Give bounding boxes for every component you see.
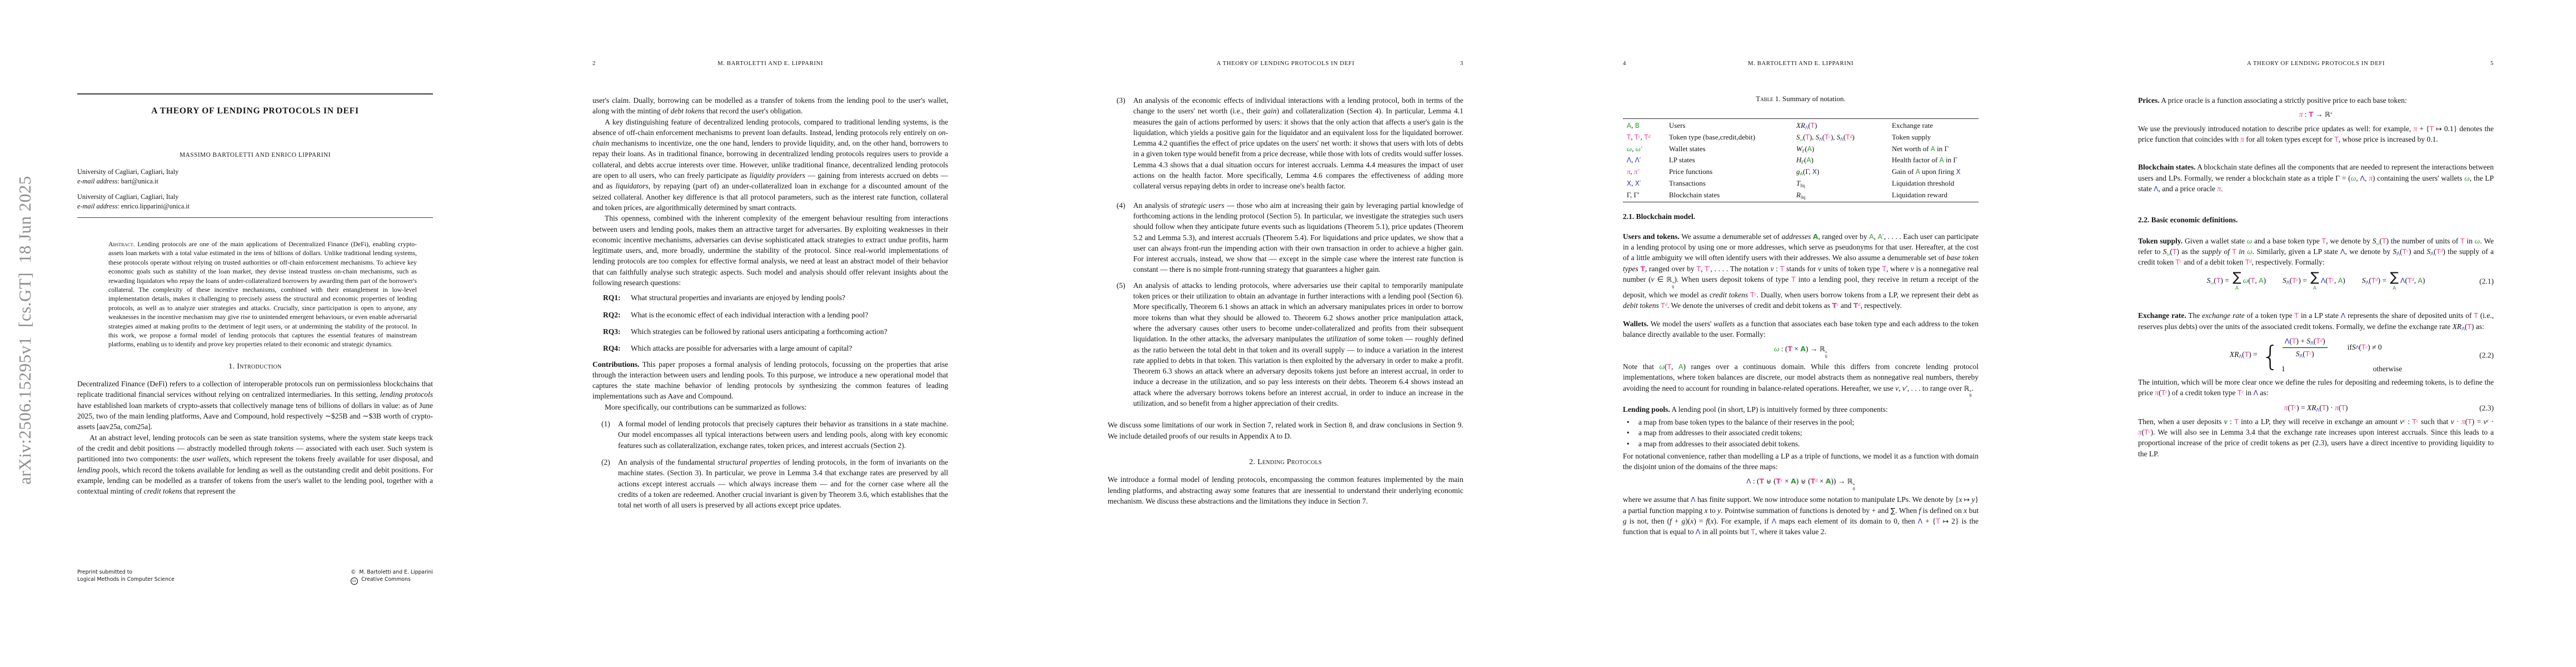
text-segment: supply of — [2202, 247, 2232, 256]
text-segment: Λ — [1627, 156, 1631, 164]
text-segment: π — [2240, 135, 2244, 143]
text-segment: Gain of — [1892, 167, 1916, 176]
item-2-body: An analysis of the fundamental structura… — [618, 457, 948, 510]
bullet-text: a map from addresses to their associated… — [1638, 439, 1979, 449]
rule-above-title — [77, 93, 433, 94]
text-segment: T — [1751, 527, 1755, 536]
footer-copyright-text: M. Bartoletti and E. Lipparini — [359, 569, 433, 575]
text-segment: 0 — [1970, 393, 1972, 398]
notation-desc: Exchange rate — [1892, 120, 1979, 132]
section-2-2-heading: 2.2. Basic economic definitions. — [2138, 215, 2494, 225]
page-1: arXiv:2506.15295v1 [cs.GT] 18 Jun 2025 A… — [0, 0, 515, 667]
text-segment: liq — [1800, 183, 1805, 188]
notation-symbol: Λ, Λ′ — [1627, 155, 1669, 166]
text-segment: T — [2467, 322, 2472, 331]
notation-symbol: Rliq — [1796, 190, 1892, 201]
text-segment: The — [2186, 311, 2202, 320]
stack-row: 0 — [1969, 394, 1971, 398]
text-segment: Given a wallet state — [2183, 237, 2247, 245]
text-segment: W — [1796, 145, 1802, 153]
text-segment: Contributions. — [592, 360, 639, 369]
equation-2-1-number: (2.1) — [2479, 277, 2494, 285]
text-segment: in — [2244, 389, 2253, 397]
notation-desc: Transactions — [1669, 178, 1796, 190]
text-segment: × — [1792, 345, 1800, 353]
text-segment: ) — [1812, 145, 1814, 153]
abstract: Abstract. Lending protocols are one of t… — [77, 240, 433, 349]
text-segment: A — [1869, 232, 1874, 241]
text-segment: +0 — [1852, 482, 1855, 491]
text-segment: 0 — [1672, 285, 1674, 290]
text-segment: We use the previously introduced notatio… — [2138, 125, 2413, 133]
text-segment: T — [2341, 404, 2345, 412]
bullet-text: a map from base token types to the balan… — [1638, 417, 1979, 427]
text-segment: Λ — [1746, 477, 1751, 485]
text-segment: π — [2462, 417, 2465, 426]
text-segment: A — [1826, 477, 1831, 485]
paragraph: user's claim. Dually, borrowing can be m… — [592, 95, 948, 117]
text-segment: R — [1796, 191, 1801, 199]
notation-desc: Liquidation threshold — [1892, 178, 1979, 190]
text-segment: e-mail address — [77, 177, 117, 185]
text-segment: ) + — [2296, 337, 2306, 345]
text-segment: A formal model of lending protocols that… — [618, 420, 948, 450]
text-segment: T — [1640, 265, 1645, 273]
text-segment: T — [1936, 517, 1940, 525]
notation-desc: Token type (base,credit,debit) — [1669, 132, 1796, 143]
text-segment: maps each element of its domain to 0, th… — [1776, 517, 1917, 525]
text-segment: Note that — [1623, 362, 1659, 371]
text-segment: , whose price is increased by 0.1. — [2339, 135, 2438, 143]
notation-desc: Gain of A upon firing X — [1892, 166, 1979, 178]
notation-symbol: X, X′ — [1627, 178, 1669, 190]
text-segment: , where it takes value 2. — [1755, 527, 1826, 536]
text-segment: ω — [2247, 237, 2253, 245]
text-segment: liquidators — [615, 182, 648, 190]
text-segment: in a LP state — [2299, 311, 2341, 320]
text-segment: ↦ — [1943, 517, 1949, 525]
footer-left: Preprint submitted to Logical Methods in… — [77, 569, 175, 585]
text-segment: A — [1807, 145, 1812, 153]
affiliation-2: University of Cagliari, Cagliari, Italy — [77, 192, 433, 202]
text-segment: T — [2322, 237, 2326, 245]
text-segment: in — [2465, 237, 2475, 245]
text-segment: structural properties — [718, 458, 780, 466]
notation-table: A, BUsersXRΛ(T)Exchange rate T, Tc, TdTo… — [1623, 118, 1979, 202]
text-segment: )) → — [1831, 477, 1847, 485]
text-segment: T — [1776, 477, 1781, 485]
bullet-text: a map from addresses to their associated… — [1638, 427, 1979, 438]
text-segment: e-mail address — [77, 202, 117, 210]
text-segment: Then, when a user deposits — [2138, 417, 2224, 426]
paragraph: A key distinguishing feature of decentra… — [592, 117, 948, 213]
text-segment: + { — [2417, 125, 2429, 133]
item-4-body: An analysis of strategic users — those w… — [1133, 200, 1463, 275]
text-segment: exchange rate — [2202, 311, 2245, 320]
text-segment: that represent the — [182, 487, 235, 495]
text-segment: ℝ — [1820, 345, 1825, 353]
text-segment: ∑ — [2233, 270, 2241, 285]
table-row: Γ, Γ′Blockchain statesRliqLiquidation re… — [1627, 190, 1979, 201]
notation-symbol: WΓ(A) — [1796, 143, 1892, 155]
text-segment: S — [2296, 350, 2300, 358]
notation-symbol: gA(Γ, X) — [1796, 166, 1892, 178]
text-segment: represents the share of deposited units … — [2345, 311, 2474, 320]
text-segment: T — [2460, 237, 2465, 245]
text-segment: Λ — [1772, 517, 1777, 525]
footer-cc-line: cc Creative Commons — [351, 576, 433, 585]
notation-desc: Wallet states — [1669, 143, 1796, 155]
notation-symbol: Sω(T), SΛ(Tc), SΛ(Td) — [1796, 132, 1892, 143]
rq2-text: What is the economic effect of each indi… — [631, 310, 948, 320]
wallet-formula: ω : (T × A) → ℝ+0 — [1623, 344, 1979, 359]
text-segment: ) and — [2409, 247, 2427, 256]
email-1: e-mail address: bart@unica.it — [77, 177, 433, 187]
text-segment: tokens — [275, 444, 294, 452]
text-segment: strategic users — [1180, 201, 1224, 210]
notation-desc: Health factor of A in Γ — [1892, 155, 1979, 166]
deposit-exchange-paragraph: Then, when a user deposits v : T into a … — [2138, 416, 2494, 459]
text-segment: · — [2454, 417, 2462, 426]
page-3-column: (3) An analysis of the economic effects … — [1108, 0, 1463, 506]
page-3: A THEORY OF LENDING PROTOCOLS IN DEFI 3 … — [1030, 0, 1546, 667]
text-segment: addresses — [1782, 232, 1811, 241]
list-item: •a map from addresses to their associate… — [1623, 439, 1979, 449]
affiliation-1: University of Cagliari, Cagliari, Italy — [77, 167, 433, 177]
text-segment: ℝ — [1666, 275, 1672, 283]
text-segment: ω — [1774, 345, 1780, 353]
text-segment: +0 — [1825, 350, 1827, 359]
notation-symbol: XRΛ(T) — [1796, 120, 1892, 132]
text-segment: , ranged over by — [1645, 265, 1697, 273]
text-segment: is not, then ( — [1627, 517, 1670, 525]
text-segment: in — [2236, 247, 2247, 256]
text-segment: S — [2362, 276, 2366, 285]
text-segment: lending protocols — [380, 390, 433, 399]
research-question-3: RQ3: Which strategies can be followed by… — [592, 326, 948, 337]
text-segment: ↦ — [1964, 495, 1970, 504]
text-segment: T — [2144, 428, 2149, 436]
copyright-icon: © — [351, 569, 356, 575]
notation-desc: Liquidation reward — [1892, 190, 1979, 201]
equation-2-3: π(Tc) = XRΛ(T) · π(T) (2.3) — [2138, 402, 2494, 414]
stack-row: 1otherwise — [2281, 364, 2402, 375]
text-segment: — those who aim at increasing their gain… — [1133, 201, 1463, 274]
text-segment: Prices. — [2138, 96, 2160, 104]
text-segment: has finite support. We now introduce som… — [1696, 495, 1959, 504]
text-segment: ) — [1852, 133, 1854, 141]
text-segment: T — [2474, 311, 2478, 320]
text-segment: Net worth of — [1892, 145, 1931, 153]
notation-symbol: Γ, Γ′ — [1627, 190, 1669, 201]
text-segment: such that — [2419, 417, 2451, 426]
text-segment: , — [1874, 232, 1878, 241]
text-segment: T — [1853, 301, 1858, 310]
text-segment: T — [2292, 276, 2296, 285]
text-segment: ) = — [2378, 276, 2389, 285]
text-segment: (Γ, — [1803, 167, 1812, 176]
section-2-heading: 2. Lending Protocols — [1108, 457, 1463, 467]
contributions-paragraph: Contributions. This paper proposes a for… — [592, 359, 948, 402]
page-5-column: Prices. A price oracle is a function ass… — [2138, 0, 2494, 459]
text-segment: have established loan markets of crypto-… — [77, 401, 433, 431]
text-segment: ) = — [2472, 417, 2484, 426]
text-segment: π′ — [1634, 167, 1639, 176]
notation-symbol: HΓ(A) — [1796, 155, 1892, 166]
text-segment: This paper proposes a formal analysis of… — [592, 360, 948, 401]
table-row: Λ, Λ′LP statesHΓ(A)Health factor of A in… — [1627, 155, 1979, 166]
rq1-text: What structural properties and invariant… — [631, 292, 948, 303]
text-segment: and of a debit token — [2182, 258, 2245, 266]
text-segment: : — [2405, 417, 2412, 426]
text-segment: in Γ — [1935, 145, 1949, 153]
text-segment: ) as: — [2472, 322, 2484, 331]
text-segment: ), — [1810, 133, 1816, 141]
text-segment: T — [1791, 275, 1796, 283]
text-segment: , we denote by — [2345, 247, 2393, 256]
text-segment: Summary of notation. — [1781, 94, 1846, 103]
intuition-paragraph: The intuition, which will be more clear … — [2138, 377, 2494, 399]
item-5-body: An analysis of attacks to lending protoc… — [1133, 280, 1463, 409]
text-segment: T — [1760, 477, 1764, 485]
notation-symbol: π, π′ — [1627, 166, 1669, 178]
text-segment: An analysis of the fundamental — [618, 458, 718, 466]
text-segment: Table 1. — [1756, 94, 1780, 103]
text-segment: A — [2393, 286, 2396, 291]
text-segment: ∑ — [1891, 506, 1895, 515]
section-1-heading: 1. Introduction — [77, 361, 433, 372]
notation-desc: Price functions — [1669, 166, 1796, 178]
stack-row: 0 — [1672, 285, 1674, 290]
paragraph: This openness, combined with the inheren… — [592, 213, 948, 288]
text-segment: , respectively. Formally: — [2252, 258, 2325, 266]
blockchain-states-paragraph: Blockchain states. A blockchain state de… — [2138, 162, 2494, 194]
text-segment: X — [1956, 168, 1960, 176]
equation-2-3-number: (2.3) — [2479, 404, 2494, 412]
notation-desc: Blockchain states — [1669, 190, 1796, 201]
footer-right: © M. Bartoletti and E. Lipparini cc Crea… — [351, 569, 433, 585]
text-segment: → — [2313, 110, 2324, 118]
price-oracle-formula: π : T → ℝ+ — [2138, 109, 2494, 120]
text-segment: and — [1839, 301, 1853, 310]
text-segment: as: — [2258, 389, 2268, 397]
text-segment: ℝ — [2325, 110, 2330, 118]
text-segment: S — [2283, 276, 2286, 285]
text-segment: ) — [1815, 121, 1817, 130]
text-segment: ) containing the users' wallets — [2373, 174, 2464, 182]
text-segment: ∑A — [2233, 271, 2241, 292]
equation-2-3-body: π(Tc) = XRΛ(T) · π(T) — [2284, 404, 2348, 412]
text-segment: ) = — [2298, 276, 2309, 285]
text-segment: ) → — [1806, 345, 1820, 353]
text-segment: ) — [2311, 350, 2314, 358]
text-segment: S — [2373, 237, 2376, 245]
text-segment: if — [2348, 342, 2352, 353]
text-segment: T — [2382, 237, 2386, 245]
text-segment: A — [1800, 345, 1806, 353]
text-segment: ∑A — [2310, 271, 2319, 292]
item-5-label: (5) — [1117, 280, 1133, 409]
text-segment: Health factor of — [1892, 156, 1940, 164]
stack-row: Λ(T) + SΛ(Td) — [2283, 336, 2328, 348]
text-segment: units of token type — [1821, 265, 1882, 273]
text-segment: A price oracle is a function associating… — [2160, 96, 2407, 104]
text-segment: X — [1627, 180, 1631, 187]
text-segment: + { — [1922, 517, 1936, 525]
text-segment: A — [1678, 362, 1683, 371]
text-segment: π — [2369, 174, 2373, 182]
text-segment: A — [1791, 477, 1796, 485]
notation-symbol: Tliq — [1796, 178, 1892, 190]
text-segment: T — [2429, 125, 2434, 133]
item-3-body: An analysis of the economic effects of i… — [1133, 95, 1463, 192]
text-segment: , — [1671, 362, 1678, 371]
text-segment: Λ(T) + SΛ(Td)SΛ(Tc)if SΛ(Tc) ≠ 01otherwi… — [2281, 336, 2402, 375]
text-segment: S — [2352, 342, 2356, 353]
stack-row: 0 — [1825, 355, 1827, 359]
text-segment: × — [1783, 477, 1791, 485]
text-segment: , where — [1886, 265, 1911, 273]
text-segment: A′ — [1878, 232, 1884, 241]
email-2: e-mail address: enrico.lipparini@unica.i… — [77, 202, 433, 212]
footer-journal-line: Logical Methods in Computer Science — [77, 576, 175, 584]
research-question-1: RQ1: What structural properties and inva… — [592, 292, 948, 303]
text-segment: but — [1967, 506, 1979, 515]
text-segment: , . . . to range over — [1907, 384, 1964, 392]
contribution-item-2: (2) An analysis of the fundamental struc… — [592, 457, 948, 510]
text-segment: T — [2175, 258, 2180, 266]
text-segment: , ranged over by — [1818, 232, 1870, 241]
notation-symbol: T, Tc, Td — [1627, 132, 1669, 143]
text-segment: ) — [2343, 276, 2345, 285]
text-segment: T — [1811, 122, 1815, 130]
text-segment: where we assume that — [1623, 495, 1691, 504]
text-segment: ω — [2464, 174, 2470, 182]
text-segment: ) · — [2326, 404, 2335, 412]
text-segment: A lending pool (in short, LP) is intuiti… — [1670, 405, 1888, 414]
text-segment: We assume a denumerable set of — [1680, 232, 1782, 241]
stack-row: A — [2235, 283, 2239, 291]
page-4-column: Table 1. Summary of notation. A, BUsersX… — [1623, 0, 1979, 537]
text-segment: ⊎ — [1764, 477, 1773, 485]
text-segment: A key distinguishing feature of decentra… — [592, 118, 948, 137]
text-segment: to — [1708, 506, 1718, 515]
text-segment: Λ — [2321, 276, 2326, 285]
text-segment: A — [1627, 122, 1631, 130]
text-segment: ω — [2475, 237, 2480, 245]
text-segment: gain — [1263, 107, 1277, 115]
text-segment: XR — [1796, 121, 1805, 130]
page-1-column: A THEORY OF LENDING PROTOCOLS IN DEFI MA… — [77, 0, 433, 496]
text-segment: utilization — [1327, 335, 1357, 343]
text-segment: , — [2334, 276, 2338, 285]
text-segment: Γ, Γ′ — [1627, 191, 1640, 199]
text-segment: × — [1817, 477, 1825, 485]
text-segment: , and a price oracle — [2159, 185, 2218, 193]
text-segment: An analysis of — [1133, 201, 1180, 210]
section-2-1-heading: 2.1. Blockchain model. — [1623, 211, 1979, 222]
text-segment: ω — [1627, 145, 1632, 153]
research-question-4: RQ4: Which attacks are possible for adve… — [592, 343, 948, 354]
text-segment: H — [1796, 156, 1801, 164]
text-segment: of some token — roughly defined as the r… — [1133, 335, 1463, 407]
text-segment: XR — [2453, 322, 2462, 331]
text-segment: )( — [1685, 517, 1690, 525]
text-segment: ∑ — [2310, 270, 2319, 285]
text-segment: , respectively. — [1860, 301, 1901, 310]
notation-symbol: A, B — [1627, 120, 1669, 132]
item-1-body: A formal model of lending protocols that… — [618, 419, 948, 451]
text-segment: Λ — [2154, 185, 2159, 193]
contribution-item-1: (1) A formal model of lending protocols … — [592, 419, 948, 451]
table-row: T, Tc, TdToken type (base,credit,debit)S… — [1627, 132, 1979, 143]
stack-row: 0 — [1852, 487, 1855, 491]
text-segment: g — [1623, 517, 1627, 525]
item-4-label: (4) — [1117, 200, 1133, 275]
paragraph: We introduce a formal model of lending p… — [1108, 474, 1463, 506]
text-segment: Λ′ — [1635, 156, 1641, 164]
bullet-list: •a map from base token types to the bala… — [1623, 417, 1979, 449]
page-2: 2 M. BARTOLETTI AND E. LIPPARINI user's … — [515, 0, 1030, 667]
page-5: A THEORY OF LENDING PROTOCOLS IN DEFI 5 … — [2061, 0, 2576, 667]
notation-desc: LP states — [1669, 155, 1796, 166]
paper-title: A THEORY OF LENDING PROTOCOLS IN DEFI — [77, 106, 433, 116]
text-segment: ) ≠ 0 — [2368, 342, 2381, 353]
text-segment: T — [1644, 133, 1648, 141]
text-segment: { — [2261, 340, 2279, 372]
page-1-footer: Preprint submitted to Logical Methods in… — [77, 569, 433, 585]
text-segment: ) the number of units of — [2386, 237, 2461, 245]
rq1-label: RQ1: — [603, 292, 631, 303]
text-segment: ω — [1659, 362, 1665, 371]
page-2-column: user's claim. Dually, borrowing can be m… — [592, 0, 948, 510]
rq4-label: RQ4: — [603, 343, 631, 354]
text-segment: Λ — [2360, 174, 2365, 182]
text-segment: that record the user's obligation. — [705, 107, 803, 115]
text-segment: 1 — [2281, 364, 2285, 375]
text-segment: Token supply. — [2138, 237, 2183, 245]
text-segment: and a base token type — [2252, 237, 2321, 245]
text-segment: : — [2228, 417, 2234, 426]
text-segment: 0 — [1825, 354, 1827, 359]
text-segment: A — [1806, 156, 1811, 164]
prices-paragraph: Prices. A price oracle is a function ass… — [2138, 95, 2494, 106]
text-segment: Abstract. — [108, 240, 134, 248]
equation-2-2-number: (2.2) — [2479, 352, 2494, 360]
text-segment: T — [1806, 133, 1810, 141]
text-segment: : ( — [1751, 477, 1760, 485]
rule-below-authors — [77, 217, 433, 218]
text-segment: ) — [2345, 404, 2348, 412]
text-segment: ). When users deposit tokens of type — [1675, 275, 1792, 283]
text-segment: T — [2403, 247, 2407, 256]
stack-row: A — [2313, 283, 2316, 291]
text-segment: T — [2316, 337, 2320, 345]
bullet-icon: • — [1623, 439, 1638, 449]
contribution-item-3: (3) An analysis of the economic effects … — [1108, 95, 1463, 192]
text-segment: ∈ — [1655, 275, 1667, 283]
text-segment: ) = — [2220, 276, 2231, 285]
text-segment: ω — [2243, 276, 2249, 285]
text-segment: ∑A — [2390, 271, 2398, 292]
notational-paragraph: For notational convenience, rather than … — [1623, 451, 1979, 472]
text-segment: of a token type — [2245, 311, 2295, 320]
exchange-rate-paragraph: Exchange rate. The exchange rate of a to… — [2138, 310, 2494, 332]
text-segment: ℝ — [1847, 477, 1853, 485]
text-segment: , we denote by — [2326, 237, 2373, 245]
text-segment: Lending pools. — [1623, 405, 1670, 414]
text-segment: ℝ — [1964, 384, 1969, 392]
